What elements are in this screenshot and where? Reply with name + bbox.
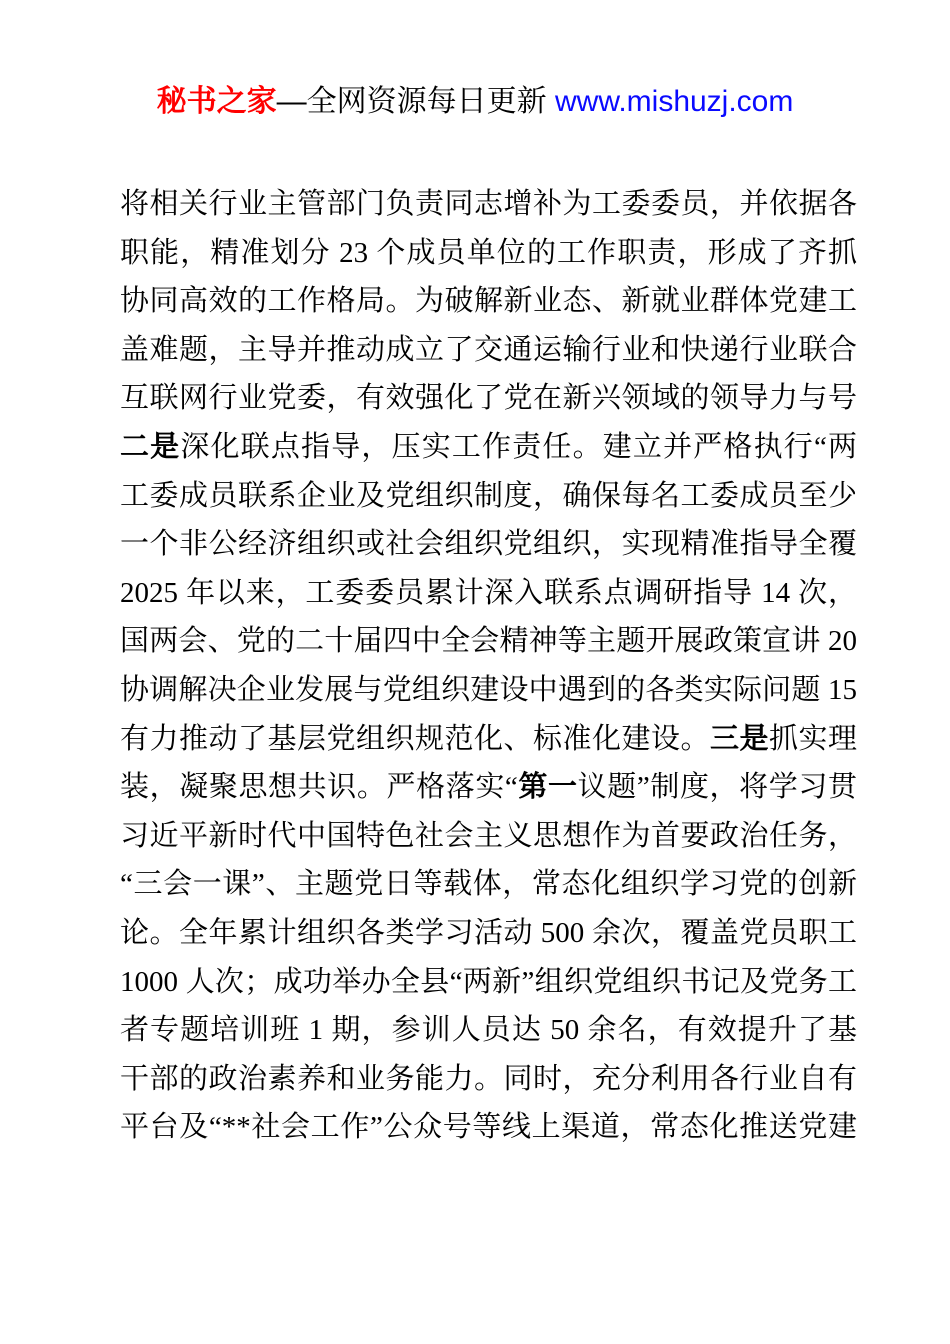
text-segment: 装，凝聚思想共识。严格落实“ [120,771,518,803]
text-line: 有力推动了基层党组织规范化、标准化建设。三是抓实理论武 [120,715,857,764]
text-segment: 1000 人次；成功举办全县“两新”组织党组织书记及党务工作 [120,966,857,1007]
text-segment: 平台及“**社会工作”公众号等线上渠道，常态化推送党建工 [120,1111,857,1152]
text-segment: 国两会、党的二十届四中全会精神等主题开展政策宣讲 20 场， [120,625,857,666]
text-segment: 协调解决企业发展与党组织建设中遇到的各类实际问题 15 个， [120,674,857,715]
text-line: 职能，精准划分 23 个成员单位的工作职责，形成了齐抓共管、 [120,229,857,278]
text-segment: 深化联点指导，压实工作责任。建立并严格执行“两新” [120,431,857,472]
text-line: 平台及“**社会工作”公众号等线上渠道，常态化推送党建工 [120,1103,857,1152]
text-line: 将相关行业主管部门负责同志增补为工委委员，并依据各部门 [120,180,857,229]
text-segment: 协同高效的工作格局。为破解新业态、新就业群体党建工作覆 [120,285,857,326]
text-line: 互联网行业党委，有效强化了党在新兴领域的领导力与号召力。 [120,374,857,423]
text-segment: 习近平新时代中国特色社会主义思想作为首要政治任务，依托 [120,820,857,861]
site-header: 秘书之家—全网资源每日更新 www.mishuzj.com [0,84,950,120]
text-line: 协调解决企业发展与党组织建设中遇到的各类实际问题 15 个， [120,666,857,715]
text-segment-bold: 第一 [518,771,578,803]
text-line: “三会一课”、主题党日等载体，常态化组织学习党的创新理 [120,860,857,909]
text-segment: “三会一课”、主题党日等载体，常态化组织学习党的创新理 [120,868,857,909]
text-segment: 论。全年累计组织各类学习活动 500 余次，覆盖党员职工超过 [120,917,857,958]
text-line: 国两会、党的二十届四中全会精神等主题开展政策宣讲 20 场， [120,617,857,666]
text-line: 干部的政治素养和业务能力。同时，充分利用各行业自有媒体 [120,1055,857,1104]
text-segment-bold: 三是 [710,723,769,755]
text-segment: 盖难题，主导并推动成立了交通运输行业和快递行业联合党委、 [120,334,857,375]
text-line: 协同高效的工作格局。为破解新业态、新就业群体党建工作覆 [120,277,857,326]
text-segment: 互联网行业党委，有效强化了党在新兴领域的领导力与号召力。 [120,382,857,423]
text-segment: 职能，精准划分 23 个成员单位的工作职责，形成了齐抓共管、 [120,237,857,278]
text-line: 一个非公经济组织或社会组织党组织，实现精准指导全覆盖。 [120,520,857,569]
text-segment: 一个非公经济组织或社会组织党组织，实现精准指导全覆盖。 [120,528,857,569]
text-line: 二是深化联点指导，压实工作责任。建立并严格执行“两新” [120,423,857,472]
text-line: 者专题培训班 1 期，参训人员达 50 余名，有效提升了基层党务 [120,1006,857,1055]
text-line: 装，凝聚思想共识。严格落实“第一议题”制度，将学习贯彻 [120,763,857,812]
site-name: 秘书之家 [157,85,277,118]
text-line: 盖难题，主导并推动成立了交通运输行业和快递行业联合党委、 [120,326,857,375]
site-tagline: —全网资源每日更新 [277,85,555,118]
text-line: 习近平新时代中国特色社会主义思想作为首要政治任务，依托 [120,812,857,861]
text-segment: 者专题培训班 1 期，参训人员达 50 余名，有效提升了基层党务 [120,1014,857,1055]
text-line: 2025 年以来，工委委员累计深入联系点调研指导 14 次，围绕全 [120,569,857,618]
text-line: 工委成员联系企业及党组织制度，确保每名工委成员至少对接 [120,472,857,521]
text-segment: 有力推动了基层党组织规范化、标准化建设。 [120,723,710,755]
text-segment: 工委成员联系企业及党组织制度，确保每名工委成员至少对接 [120,480,857,521]
text-segment: 干部的政治素养和业务能力。同时，充分利用各行业自有媒体 [120,1063,857,1104]
text-segment: 2025 年以来，工委委员累计深入联系点调研指导 14 次，围绕全 [120,577,857,618]
document-page: 秘书之家—全网资源每日更新 www.mishuzj.com 将相关行业主管部门负… [0,0,950,1344]
text-segment-bold: 二是 [120,431,180,463]
document-body: 将相关行业主管部门负责同志增补为工委委员，并依据各部门职能，精准划分 23 个成… [120,180,857,1152]
site-url-link[interactable]: www.mishuzj.com [555,85,793,118]
text-line: 论。全年累计组织各类学习活动 500 余次，覆盖党员职工超过 [120,909,857,958]
text-line: 1000 人次；成功举办全县“两新”组织党组织书记及党务工作 [120,958,857,1007]
text-segment: 将相关行业主管部门负责同志增补为工委委员，并依据各部门 [120,188,857,229]
